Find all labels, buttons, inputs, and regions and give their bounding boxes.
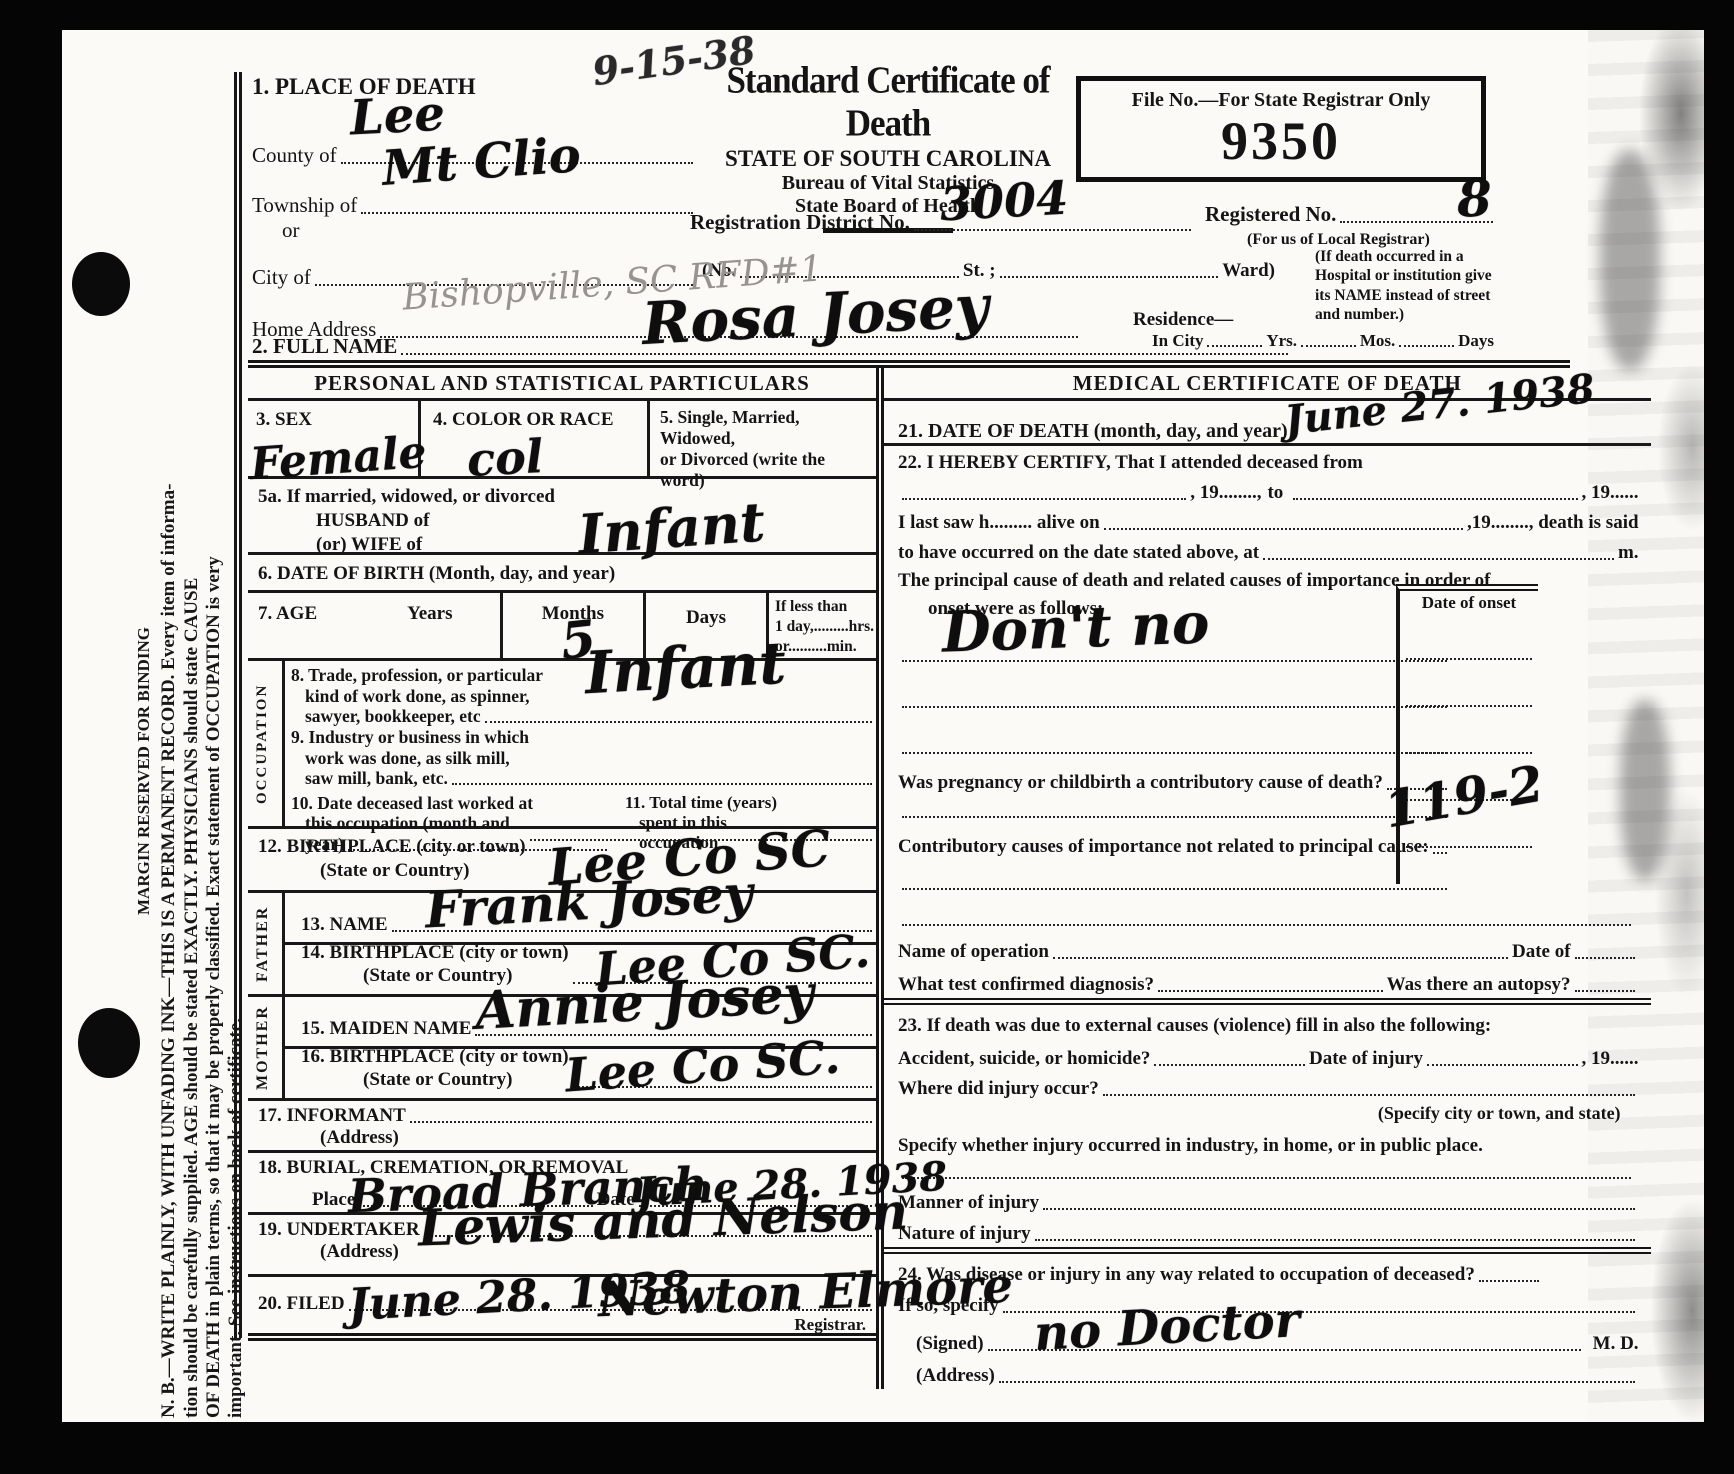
age-less3: or..........min. [775, 637, 874, 657]
informant-label: 17. INFORMANT [258, 1105, 406, 1127]
signed-label: (Signed) [916, 1333, 984, 1355]
operation-date-label: Date of [1512, 941, 1571, 963]
occ11-line1: 11. Total time (years) [625, 793, 876, 813]
occ10-line1: 10. Date deceased last worked at [291, 793, 611, 814]
filed-label: 20. FILED [258, 1293, 345, 1315]
dotted-line [1158, 986, 1383, 992]
dotted-line [1399, 341, 1454, 347]
onset-write-line [1406, 613, 1532, 660]
spouse-field: 5a. If married, widowed, or divorced HUS… [248, 479, 876, 555]
mother-name-label: 15. MAIDEN NAME [301, 1018, 471, 1040]
registration-district-label: Registration District No. [690, 210, 910, 235]
dotted-line [902, 748, 1447, 754]
dotted-line [1301, 341, 1356, 347]
certify-19b: , 19...... [1582, 482, 1639, 504]
dotted-line [1575, 986, 1635, 992]
date-of-onset-box: Date of onset [1396, 584, 1538, 884]
age-years-label: Years [407, 603, 452, 658]
registration-district-value: 3004 [939, 175, 1069, 228]
signed-field: (Signed) M. D. no Doctor [884, 1319, 1651, 1357]
color-race-field: 4. COLOR OR RACE col [418, 401, 647, 476]
marital-label-line1: 5. Single, Married, Widowed, [660, 407, 874, 449]
registered-no-value: 8 [1456, 173, 1493, 224]
occurred-m: m. [1618, 542, 1639, 564]
margin-nb-line2: tion should be carefully supplied. AGE s… [181, 90, 203, 1418]
contributory-label: Contributory causes of importance not re… [898, 836, 1429, 858]
township-label: Township of [252, 193, 357, 218]
margin-binding-note: MARGIN RESERVED FOR BINDING [134, 555, 154, 915]
age-cell: 7. AGE Years [248, 593, 500, 658]
sex-color-marital-row: 3. SEX Female 4. COLOR OR RACE col 5. Si… [248, 401, 876, 479]
medical-section: MEDICAL CERTIFICATE OF DEATH 21. DATE OF… [876, 368, 1651, 1389]
punch-hole [78, 1008, 140, 1078]
principal-cause-value: Don't no [941, 595, 1210, 660]
county-label: County of [252, 143, 337, 168]
residence-label: Residence— [1133, 309, 1233, 331]
father-rail: FATHER [248, 893, 285, 994]
filed-field: 20. FILED June 28. 1938 Newton Elmore Re… [248, 1277, 876, 1341]
form-left-rule [234, 72, 242, 1338]
injury-19: , 19...... [1582, 1048, 1639, 1070]
section-divider [884, 1247, 1651, 1254]
dotted-line [1000, 272, 1219, 278]
scan-edge-left [0, 0, 62, 1474]
punch-hole [72, 252, 130, 316]
margin-nb-line3: OF DEATH in plain terms, so that it may … [203, 90, 225, 1418]
mos-label: Mos. [1360, 331, 1395, 351]
dotted-line [1103, 1090, 1635, 1096]
age-label: 7. AGE [258, 603, 317, 658]
margin-nb-line1: N. B.—WRITE PLAINLY, WITH UNFADING INK—T… [158, 90, 180, 1418]
injury-date-label: Date of injury [1309, 1048, 1423, 1070]
color-race-label: 4. COLOR OR RACE [433, 409, 614, 430]
age-less1: If less than [775, 597, 874, 617]
specify-injury-label: Specify whether injury occurred in indus… [898, 1135, 1483, 1157]
certify-to: to [1267, 482, 1283, 504]
section-divider [884, 998, 1651, 1005]
or-label: or [282, 218, 697, 244]
dotted-line [485, 717, 872, 723]
dotted-line [1479, 1276, 1539, 1282]
marital-status-field: 5. Single, Married, Widowed, or Divorced… [647, 401, 876, 476]
township-value: Mt Clio [381, 131, 583, 193]
dotted-line [1293, 494, 1577, 500]
occ8-value: Infant [584, 634, 788, 702]
where-injury-field: Where did injury occur? [884, 1072, 1651, 1102]
last-saw-end: ,19........, death is said [1467, 512, 1639, 534]
mother-rail: MOTHER [248, 997, 285, 1098]
certify-line2: , 19........, to , 19...... [884, 476, 1651, 506]
sex-field: 3. SEX Female [248, 401, 418, 476]
where-injury-label: Where did injury occur? [898, 1078, 1099, 1100]
mother-birthplace-field: 16. BIRTHPLACE (city or town) (State or … [285, 1049, 876, 1098]
spouse-value: Infant [576, 495, 766, 562]
dotted-line [902, 494, 1186, 500]
certify-text: 22. I HEREBY CERTIFY, That I attended de… [898, 452, 1363, 474]
dotted-line [1427, 1060, 1578, 1066]
dotted-line [1575, 953, 1635, 959]
birthplace-label: 12. BIRTHPLACE (city or town) [258, 835, 526, 859]
date-of-death-field: 21. DATE OF DEATH (month, day, and year)… [884, 401, 1651, 446]
scan-edge-bottom [0, 1422, 1734, 1474]
county-value: Lee [349, 90, 446, 143]
occupation-items: 8. Trade, profession, or particular kind… [285, 661, 876, 826]
dotted-line [902, 702, 1447, 708]
bleed-through-artifact [1600, 150, 1660, 370]
date-of-death-label: 21. DATE OF DEATH (month, day, and year) [898, 420, 1288, 443]
informant-field: 17. INFORMANT (Address) [248, 1101, 876, 1153]
township-field: Township of Mt Clio [252, 168, 697, 218]
ward-label: Ward) [1222, 260, 1275, 282]
dotted-line [902, 1173, 1631, 1179]
dotted-line [902, 812, 1447, 818]
dotted-line [452, 779, 872, 785]
where-injury-subnote-text: (Specify city or town, and state) [1378, 1103, 1621, 1124]
accident-label: Accident, suicide, or homicide? [898, 1048, 1150, 1070]
occ9-line2: work was done, as silk mill, [305, 748, 876, 769]
father-rail-label: FATHER [254, 893, 272, 994]
dotted-line [401, 349, 1288, 355]
file-number-label: File No.—For State Registrar Only [1081, 89, 1481, 112]
scan-edge-top [0, 0, 1734, 30]
registered-no-label: Registered No. [1205, 202, 1336, 227]
autopsy-label: Was there an autopsy? [1387, 974, 1571, 996]
dotted-line [1043, 1204, 1634, 1210]
occupation-rail: OCCUPATION [248, 661, 285, 826]
dotted-line [1263, 554, 1614, 560]
write-line [884, 1159, 1651, 1185]
place-of-death-block: 1. PLACE OF DEATH County of Lee Township… [252, 74, 697, 342]
full-name-label: 2. FULL NAME [252, 334, 397, 359]
dotted-line [361, 208, 693, 214]
file-number-value: 9350 [1081, 114, 1481, 168]
dotted-line [1035, 1235, 1635, 1241]
file-number-box: File No.—For State Registrar Only 9350 [1076, 76, 1486, 182]
manner-field: Manner of injury [884, 1185, 1651, 1216]
address-label: (Address) [916, 1365, 995, 1387]
dotted-line [1053, 953, 1508, 959]
mother-birthplace-sublabel: (State or Country) [363, 1068, 569, 1092]
sex-value: Female [249, 431, 428, 487]
onset-write-line [1406, 707, 1532, 754]
color-race-value: col [466, 433, 544, 483]
full-name-value: Rosa Josey [641, 277, 990, 353]
date-of-birth-field: 6. DATE OF BIRTH (Month, day, and year) [248, 555, 876, 593]
occ9-line3: saw mill, bank, etc. [305, 768, 448, 789]
occupation-rail-label: OCCUPATION [254, 661, 271, 826]
dotted-line [410, 1117, 872, 1123]
mother-birthplace-label: 16. BIRTHPLACE (city or town) [301, 1045, 569, 1069]
occ9-line1: 9. Industry or business in which [291, 727, 876, 748]
personal-section-title: PERSONAL AND STATISTICAL PARTICULARS [248, 368, 876, 401]
dotted-line [902, 884, 1447, 890]
address-field: (Address) [884, 1357, 1651, 1389]
death-certificate-scan: MARGIN RESERVED FOR BINDING N. B.—WRITE … [0, 0, 1734, 1474]
nature-label: Nature of injury [898, 1223, 1031, 1245]
where-injury-subnote: (Specify city or town, and state) [884, 1102, 1651, 1126]
pregnancy-label: Was pregnancy or childbirth a contributo… [898, 772, 1383, 794]
dotted-line [902, 920, 1631, 926]
cause-write-line [884, 896, 1651, 932]
accident-field: Accident, suicide, or homicide? Date of … [884, 1039, 1651, 1072]
spouse-label-line1: 5a. If married, widowed, or divorced [258, 485, 876, 509]
operation-field: Name of operation Date of [884, 932, 1651, 965]
age-less2: 1 day,.........hrs. [775, 617, 874, 637]
test-label: What test confirmed diagnosis? [898, 974, 1154, 996]
external-causes-label: 23. If death was due to external causes … [898, 1015, 1491, 1037]
dotted-line [1104, 524, 1463, 530]
operation-label: Name of operation [898, 941, 1049, 963]
registered-no-field: Registered No. 8 [1205, 202, 1497, 227]
city-label: City of [252, 265, 311, 290]
occupation-block: OCCUPATION 8. Trade, profession, or part… [248, 661, 876, 829]
occ8-line3: sawyer, bookkeeper, etc [305, 706, 481, 727]
signed-value: no Doctor [1033, 1296, 1301, 1358]
days-label: Days [1458, 331, 1494, 351]
mother-rail-label: MOTHER [254, 997, 272, 1098]
nature-field: Nature of injury [884, 1216, 1651, 1247]
dotted-line [1154, 1060, 1305, 1066]
specify-injury-field: Specify whether injury occurred in indus… [884, 1126, 1651, 1159]
full-name-field: 2. FULL NAME Rosa Josey [252, 334, 1292, 359]
registrar-signature: Newton Elmore [597, 1262, 1013, 1324]
personal-section: PERSONAL AND STATISTICAL PARTICULARS 3. … [248, 368, 876, 1389]
test-field: What test confirmed diagnosis? Was there… [884, 965, 1651, 998]
occurred-line: to have occurred on the date stated abov… [884, 536, 1651, 566]
date-of-birth-label: 6. DATE OF BIRTH (Month, day, and year) [258, 563, 615, 584]
scan-edge-right [1704, 0, 1734, 1474]
father-name-label: 13. NAME [301, 914, 388, 936]
state-name: STATE OF SOUTH CAROLINA [688, 146, 1088, 172]
dotted-line [999, 1377, 1635, 1383]
occurred-text: to have occurred on the date stated abov… [898, 542, 1259, 564]
age-days-label: Days [686, 607, 726, 628]
md-label: M. D. [1593, 1333, 1639, 1355]
onset-write-line [1406, 660, 1532, 707]
mother-block: MOTHER 15. MAIDEN NAME Annie Josey 16. B… [248, 997, 876, 1101]
mother-name-value: Annie Josey [474, 968, 815, 1038]
registration-district-field: Registration District No. 3004 [690, 210, 1195, 235]
informant-sublabel: (Address) [320, 1127, 876, 1149]
sex-label: 3. SEX [256, 409, 312, 430]
father-birthplace-label: 14. BIRTHPLACE (city or town) [301, 941, 569, 965]
last-saw-line: I last saw h......... alive on ,19......… [884, 506, 1651, 536]
last-saw-text: I last saw h......... alive on [898, 512, 1100, 534]
hospital-note: (If death occurred in a Hospital or inst… [1315, 247, 1495, 325]
certify-line1: 22. I HEREBY CERTIFY, That I attended de… [884, 446, 1651, 476]
external-causes-field: 23. If death was due to external causes … [884, 1005, 1651, 1039]
form-columns: PERSONAL AND STATISTICAL PARTICULARS 3. … [248, 360, 1570, 1389]
undertaker-label: 19. UNDERTAKER [258, 1219, 420, 1241]
date-of-onset-label: Date of onset [1400, 591, 1538, 613]
certify-19a: , 19........, [1190, 482, 1261, 504]
